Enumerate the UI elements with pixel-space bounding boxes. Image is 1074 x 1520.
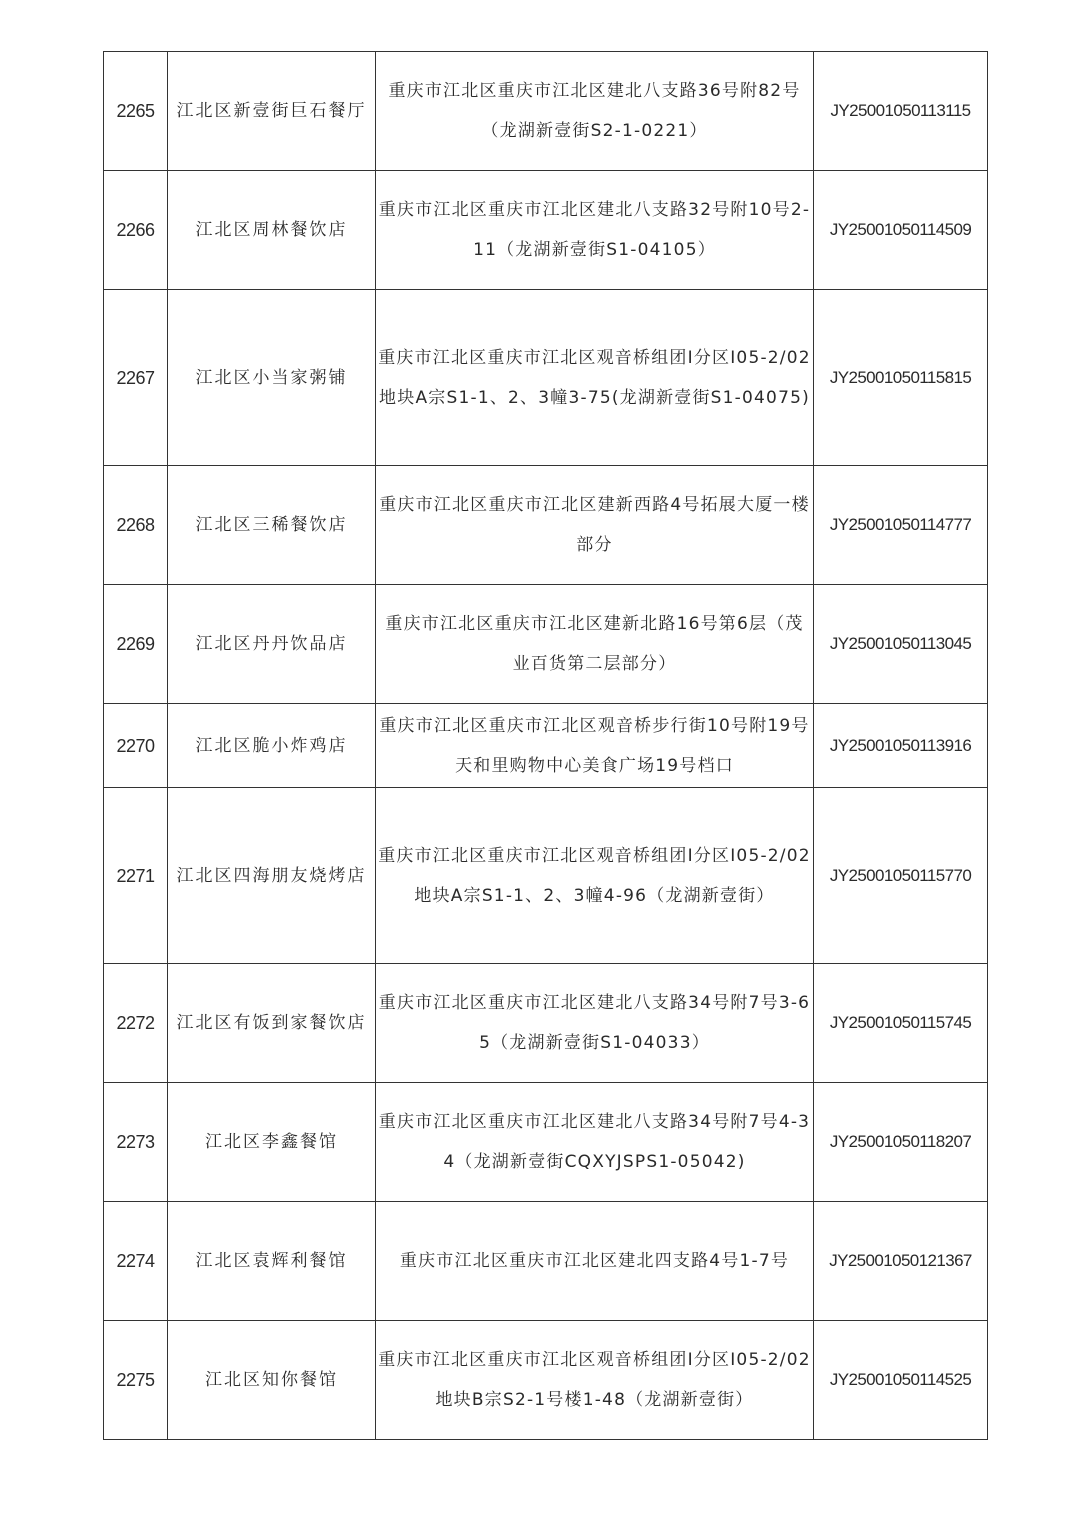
row-number: 2270: [104, 704, 168, 788]
business-name: 江北区小当家粥铺: [168, 290, 376, 466]
table-row: 2268 江北区三稀餐饮店 重庆市江北区重庆市江北区建新西路4号拓展大厦一楼部分…: [104, 466, 988, 585]
business-address: 重庆市江北区重庆市江北区观音桥组团I分区I05-2/02地块A宗S1-1、2、3…: [376, 290, 814, 466]
table-row: 2269 江北区丹丹饮品店 重庆市江北区重庆市江北区建新北路16号第6层（茂业百…: [104, 585, 988, 704]
license-number: JY25001050114509: [814, 171, 988, 290]
table-row: 2273 江北区李鑫餐馆 重庆市江北区重庆市江北区建北八支路34号附7号4-34…: [104, 1083, 988, 1202]
row-number: 2266: [104, 171, 168, 290]
table-row: 2274 江北区袁辉利餐馆 重庆市江北区重庆市江北区建北四支路4号1-7号 JY…: [104, 1202, 988, 1321]
table-row: 2271 江北区四海朋友烧烤店 重庆市江北区重庆市江北区观音桥组团I分区I05-…: [104, 788, 988, 964]
table-row: 2266 江北区周林餐饮店 重庆市江北区重庆市江北区建北八支路32号附10号2-…: [104, 171, 988, 290]
business-name: 江北区周林餐饮店: [168, 171, 376, 290]
license-number: JY25001050115745: [814, 964, 988, 1083]
table-row: 2275 江北区知你餐馆 重庆市江北区重庆市江北区观音桥组团I分区I05-2/0…: [104, 1321, 988, 1440]
business-name: 江北区三稀餐饮店: [168, 466, 376, 585]
business-name: 江北区四海朋友烧烤店: [168, 788, 376, 964]
business-name: 江北区脆小炸鸡店: [168, 704, 376, 788]
business-name: 江北区袁辉利餐馆: [168, 1202, 376, 1321]
row-number: 2268: [104, 466, 168, 585]
row-number: 2269: [104, 585, 168, 704]
license-number: JY25001050113045: [814, 585, 988, 704]
document-page: 2265 江北区新壹街巨石餐厅 重庆市江北区重庆市江北区建北八支路36号附82号…: [0, 0, 1074, 1520]
business-name: 江北区丹丹饮品店: [168, 585, 376, 704]
row-number: 2273: [104, 1083, 168, 1202]
business-address: 重庆市江北区重庆市江北区建北八支路36号附82号（龙湖新壹街S2-1-0221）: [376, 52, 814, 171]
license-number: JY25001050115770: [814, 788, 988, 964]
license-registry-table: 2265 江北区新壹街巨石餐厅 重庆市江北区重庆市江北区建北八支路36号附82号…: [103, 51, 988, 1440]
business-address: 重庆市江北区重庆市江北区建北四支路4号1-7号: [376, 1202, 814, 1321]
row-number: 2274: [104, 1202, 168, 1321]
business-address: 重庆市江北区重庆市江北区建北八支路34号附7号4-34（龙湖新壹街CQXYJSP…: [376, 1083, 814, 1202]
table-row: 2265 江北区新壹街巨石餐厅 重庆市江北区重庆市江北区建北八支路36号附82号…: [104, 52, 988, 171]
business-address: 重庆市江北区重庆市江北区建新西路4号拓展大厦一楼部分: [376, 466, 814, 585]
business-name: 江北区新壹街巨石餐厅: [168, 52, 376, 171]
license-number: JY25001050113115: [814, 52, 988, 171]
row-number: 2275: [104, 1321, 168, 1440]
license-number: JY25001050113916: [814, 704, 988, 788]
business-address: 重庆市江北区重庆市江北区建北八支路34号附7号3-65（龙湖新壹街S1-0403…: [376, 964, 814, 1083]
license-number: JY25001050114777: [814, 466, 988, 585]
table-row: 2272 江北区有饭到家餐饮店 重庆市江北区重庆市江北区建北八支路34号附7号3…: [104, 964, 988, 1083]
license-number: JY25001050115815: [814, 290, 988, 466]
business-address: 重庆市江北区重庆市江北区建北八支路32号附10号2-11（龙湖新壹街S1-041…: [376, 171, 814, 290]
row-number: 2267: [104, 290, 168, 466]
table-row: 2270 江北区脆小炸鸡店 重庆市江北区重庆市江北区观音桥步行街10号附19号天…: [104, 704, 988, 788]
row-number: 2271: [104, 788, 168, 964]
table-row: 2267 江北区小当家粥铺 重庆市江北区重庆市江北区观音桥组团I分区I05-2/…: [104, 290, 988, 466]
business-name: 江北区知你餐馆: [168, 1321, 376, 1440]
business-address: 重庆市江北区重庆市江北区建新北路16号第6层（茂业百货第二层部分）: [376, 585, 814, 704]
row-number: 2272: [104, 964, 168, 1083]
license-number: JY25001050118207: [814, 1083, 988, 1202]
license-number: JY25001050114525: [814, 1321, 988, 1440]
business-name: 江北区有饭到家餐饮店: [168, 964, 376, 1083]
license-number: JY25001050121367: [814, 1202, 988, 1321]
business-address: 重庆市江北区重庆市江北区观音桥步行街10号附19号天和里购物中心美食广场19号档…: [376, 704, 814, 788]
row-number: 2265: [104, 52, 168, 171]
business-name: 江北区李鑫餐馆: [168, 1083, 376, 1202]
business-address: 重庆市江北区重庆市江北区观音桥组团I分区I05-2/02地块A宗S1-1、2、3…: [376, 788, 814, 964]
business-address: 重庆市江北区重庆市江北区观音桥组团I分区I05-2/02地块B宗S2-1号楼1-…: [376, 1321, 814, 1440]
